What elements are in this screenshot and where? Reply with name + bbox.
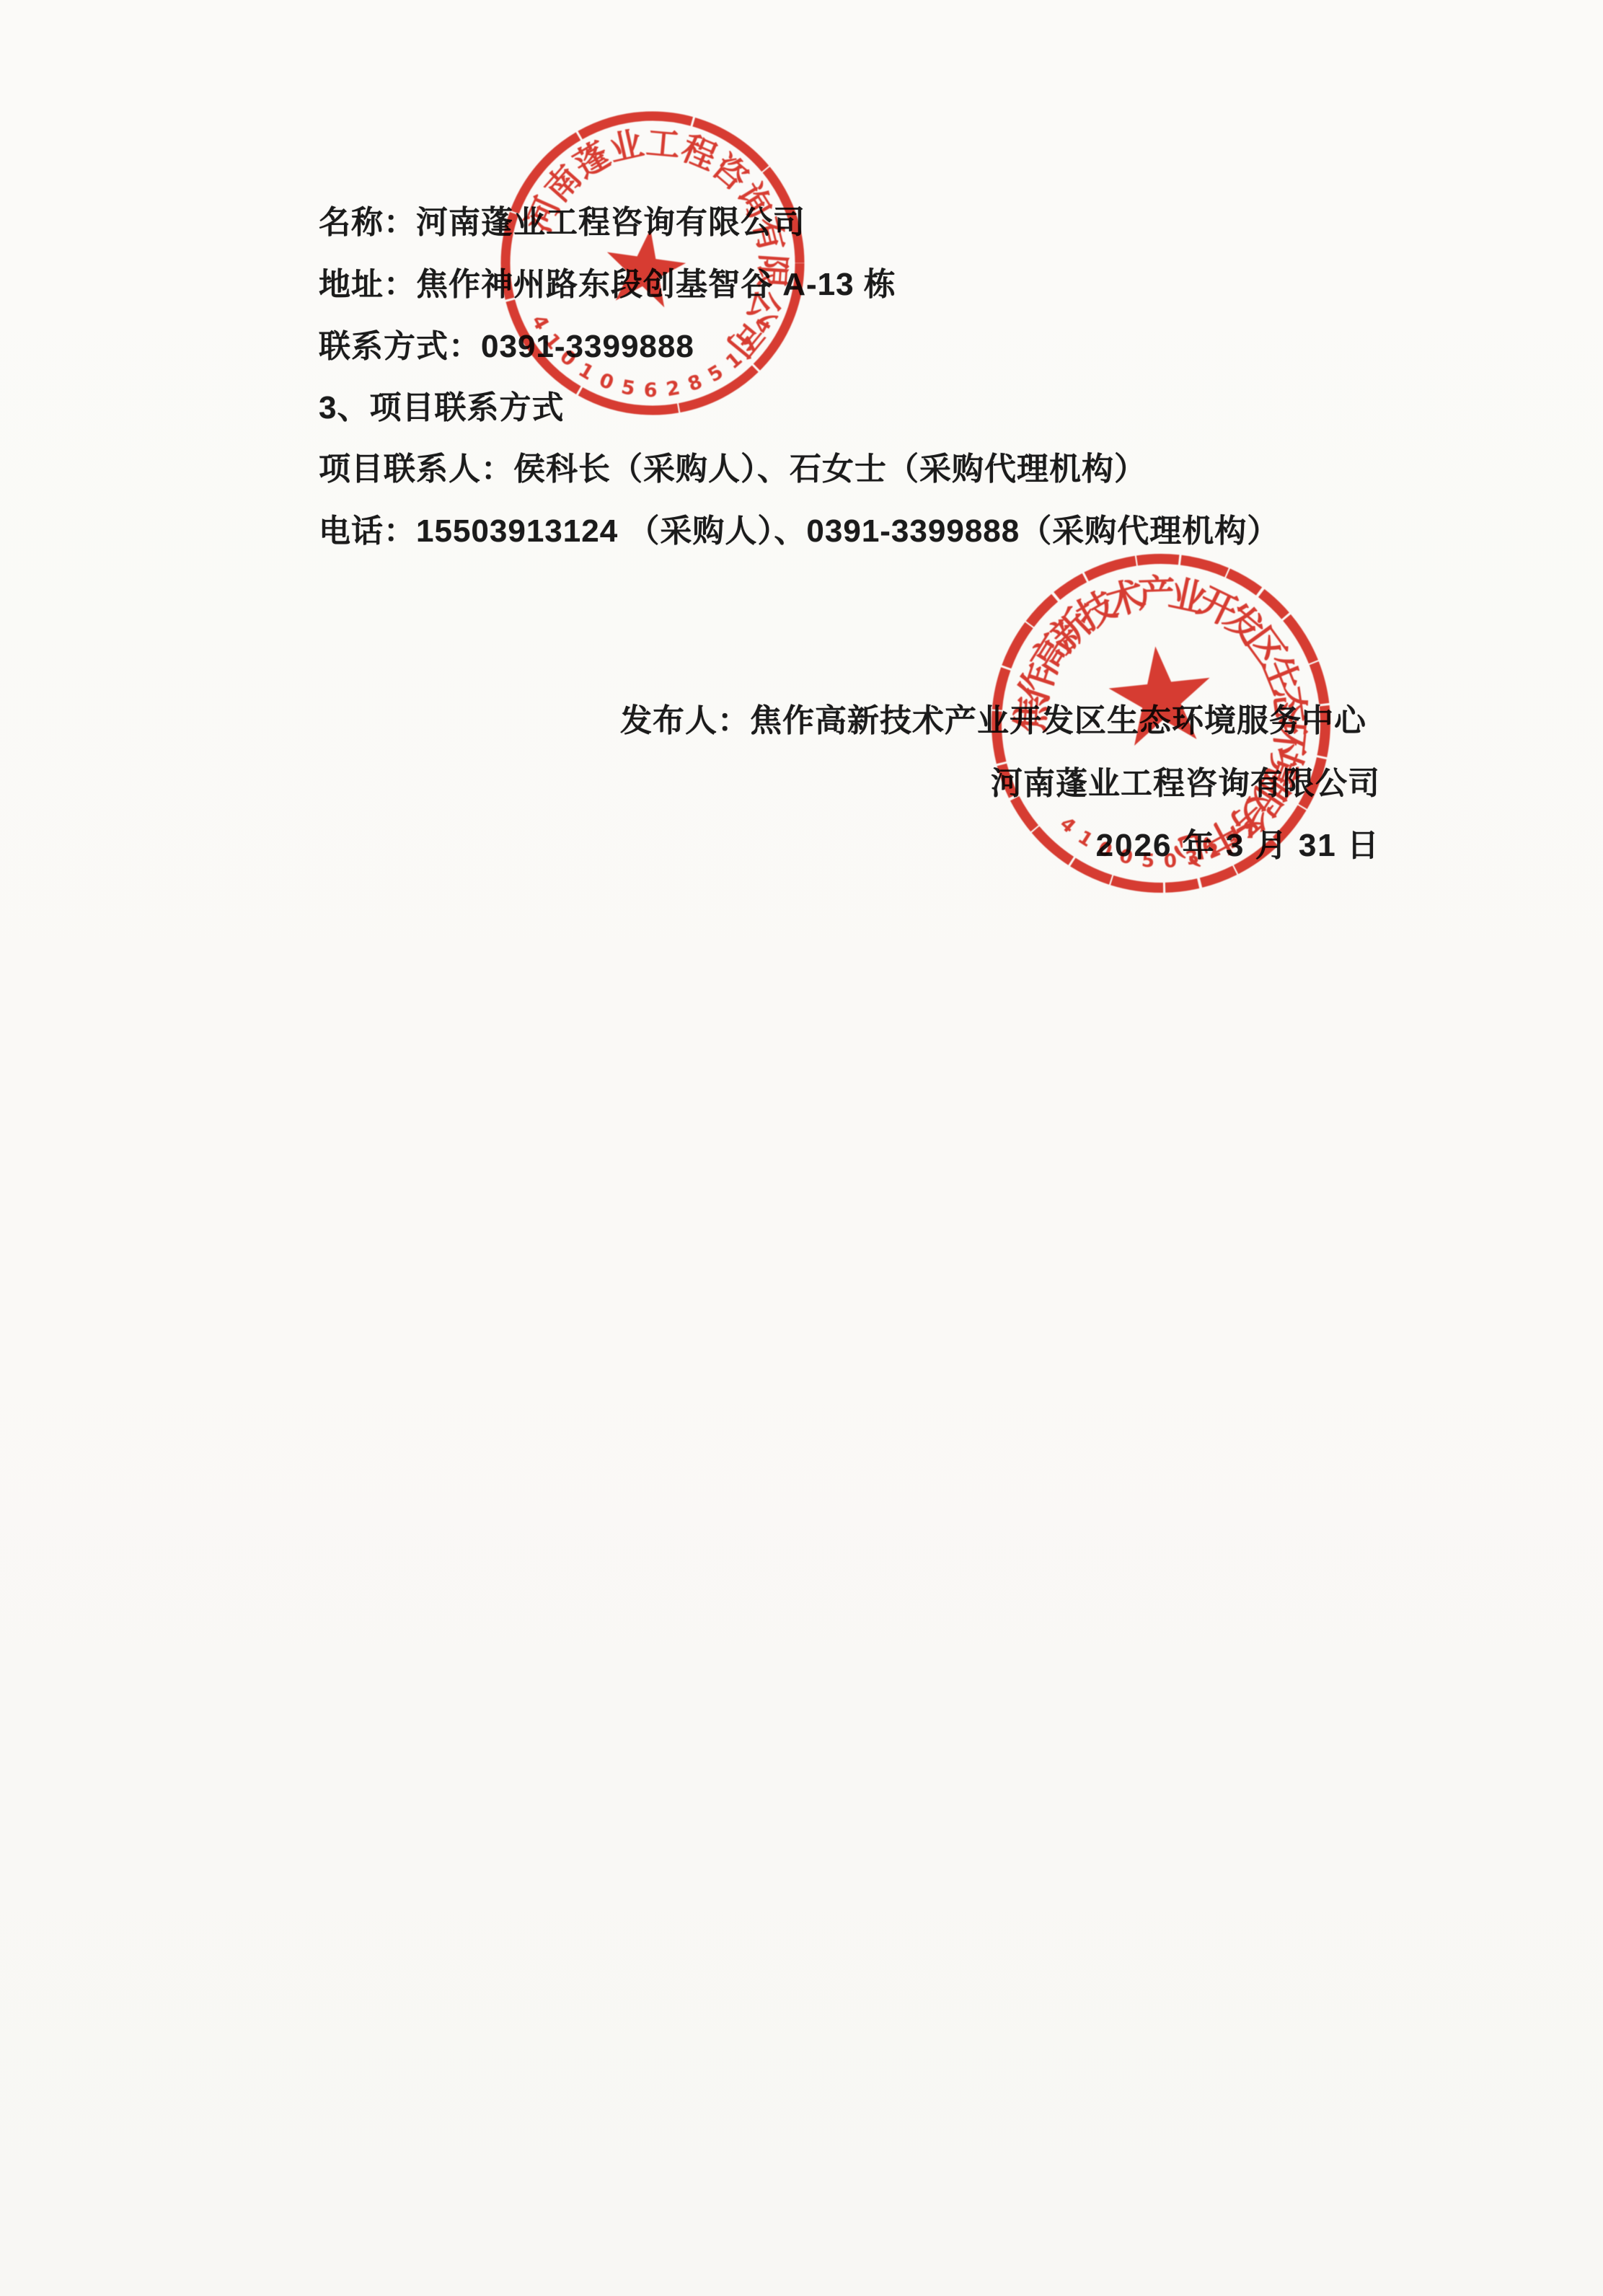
svg-text:河南蓬业工程咨询有限公司: 河南蓬业工程咨询有限公司 (520, 125, 791, 364)
contact-person-line: 项目联系人：侯科长（采购人）、石女士（采购代理机构） (319, 443, 1147, 489)
company-seal-arc-text: 河南蓬业工程咨询有限公司 (520, 125, 791, 364)
company-seal-star-icon (601, 224, 690, 309)
company-seal-stamp: 河南蓬业工程咨询有限公司 4101056285174 (480, 90, 826, 436)
service-center-seal-arc-text: 焦作高新技术产业开发区生态环境服务中心 (1010, 573, 1312, 873)
service-center-seal-stamp: 焦作高新技术产业开发区生态环境服务中心 4100503238 (981, 543, 1341, 904)
svg-text:焦作高新技术产业开发区生态环境服务中心: 焦作高新技术产业开发区生态环境服务中心 (1010, 573, 1312, 873)
scanned-document-page: 名称：河南蓬业工程咨询有限公司 地址：焦作神州路东段创基智谷 A-13 栋 联系… (0, 0, 1603, 2296)
service-center-seal-star-icon (1105, 641, 1216, 748)
